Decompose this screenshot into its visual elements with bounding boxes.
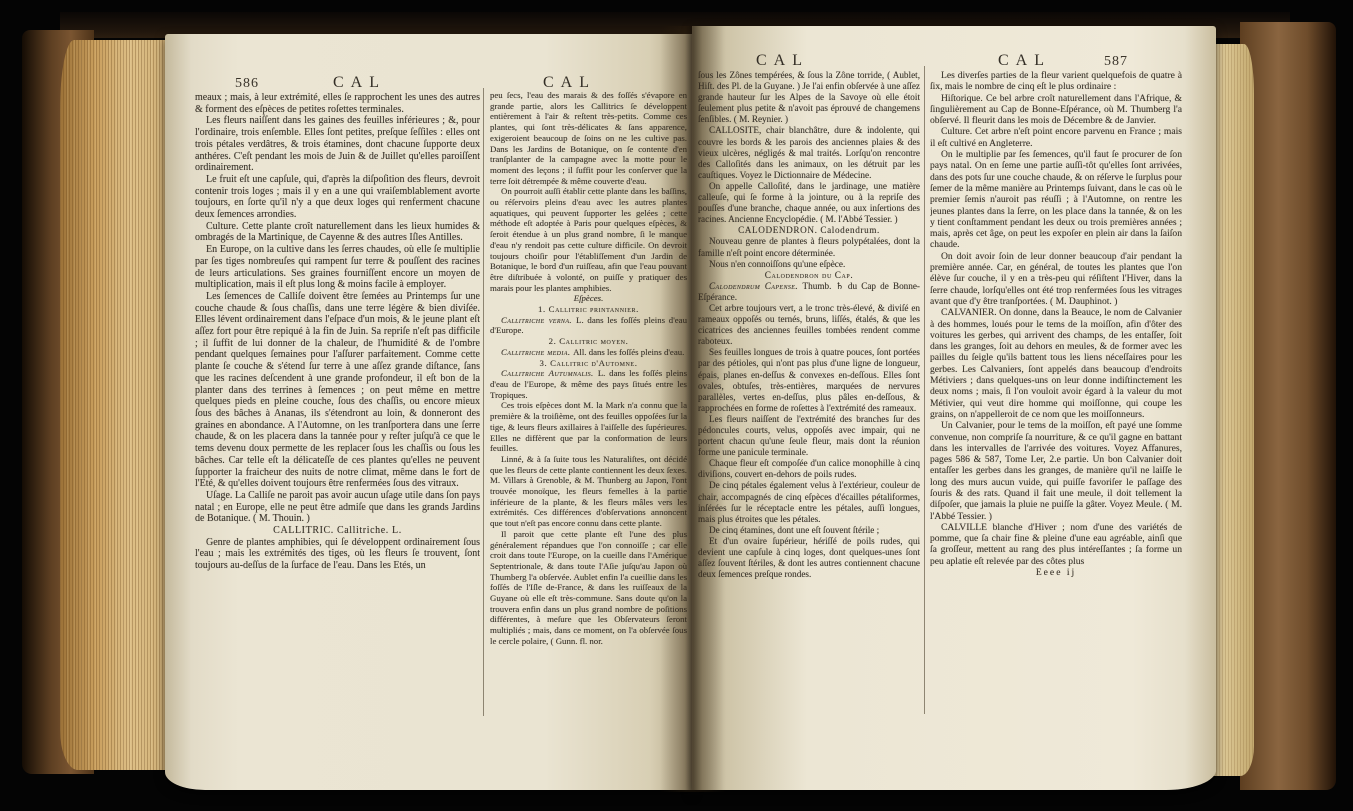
paragraph: CALVILLE blanche d'Hiver ; nom d'une des…: [930, 522, 1182, 567]
paragraph: Il paroit que cette plante eſt l'une des…: [490, 529, 687, 647]
species-entry: Calodendrum Capenſe. Thumb. ♄ du Cap de …: [698, 281, 920, 303]
paragraph: Culture. Cet arbre n'eſt point encore pa…: [930, 126, 1182, 149]
paragraph: Chaque fleur eſt compoſée d'un calice mo…: [698, 458, 920, 480]
text-column: ſous les Zônes tempérées, & ſous la Zône…: [698, 70, 920, 710]
paragraph: On appelle Calloſité, dans le jardinage,…: [698, 181, 920, 225]
book: 586 CAL CAL meaux ; mais, à leur extrémi…: [20, 4, 1336, 804]
species-latin-name: Callitriche media.: [501, 347, 573, 357]
paragraph: peu ſecs, l'eau des marais & des foſſés …: [490, 90, 687, 186]
entry-heading: Calodendron du Cap.: [698, 270, 920, 281]
paragraph: Linné, & à ſa ſuite tous les Naturaliſte…: [490, 454, 687, 529]
paragraph: Uſage. La Calliſe ne paroit pas avoir au…: [195, 490, 480, 525]
paragraph: De cinq pétales également velus à l'exté…: [698, 480, 920, 524]
paragraph: ſous les Zônes tempérées, & ſous la Zône…: [698, 70, 920, 125]
entry-heading: 1. Callitric printannier.: [490, 304, 687, 315]
species-entry: Callitriche verna. L. dans les foſſés pl…: [490, 315, 687, 336]
entry-heading: 3. Callitric d'Automne.: [490, 358, 687, 369]
signature-mark: Eeee ij: [930, 567, 1182, 578]
species-entry: Callitriche media. All. dans les foſſés …: [490, 347, 687, 358]
paragraph: On le multiplie par ſes ſemences, qu'il …: [930, 149, 1182, 251]
paragraph: Les diverſes parties de la fleur varient…: [930, 70, 1182, 93]
species-latin-name: Calodendrum Capenſe.: [709, 281, 803, 291]
paragraph: Un Calvanier, pour le tems de la moiſſon…: [930, 420, 1182, 522]
paragraph: Cet arbre toujours vert, a le tronc très…: [698, 303, 920, 347]
paragraph: Ces trois eſpèces dont M. la Mark n'a co…: [490, 400, 687, 454]
running-head: CAL: [756, 52, 809, 70]
column-rule: [924, 66, 925, 714]
right-page: CAL CAL 587 ſous les Zônes tempérées, & …: [692, 26, 1216, 790]
paragraph: Hiſtorique. Ce bel arbre croît naturelle…: [930, 93, 1182, 127]
leather-cover-right: [1240, 22, 1336, 790]
paragraph: Les fleurs naiſſent de l'extrémité des b…: [698, 414, 920, 458]
paragraph: Nouveau genre de plantes à fleurs polypé…: [698, 236, 920, 258]
paragraph: Et d'un ovaire ſupérieur, hériſſé de poi…: [698, 536, 920, 580]
entry-heading: CALODENDRON. Calodendrum.: [698, 225, 920, 236]
paragraph: Culture. Cette plante croît naturellemen…: [195, 221, 480, 244]
paragraph: CALVANIER. On donne, dans la Beauce, le …: [930, 307, 1182, 420]
paragraph: De cinq étamines, dont une eſt ſouvent ſ…: [698, 525, 920, 536]
paragraph: Genre de plantes amphibies, qui ſe dével…: [195, 537, 480, 572]
entry-heading: Eſpèces.: [490, 293, 687, 304]
paragraph: On pourroit auſſi établir cette plante d…: [490, 186, 687, 293]
column-rule: [483, 88, 484, 716]
paragraph: CALLOSITE, chair blanchâtre, dure & indo…: [698, 125, 920, 180]
text-column: meaux ; mais, à leur extrémité, elles ſe…: [195, 92, 480, 740]
paragraph: Nous n'en connoiſſons qu'une eſpèce.: [698, 259, 920, 270]
page-number: 586: [235, 76, 259, 92]
text-column: Les diverſes parties de la fleur varient…: [930, 70, 1182, 738]
species-latin-name: Callitriche verna.: [501, 315, 576, 325]
page-number: 587: [1104, 54, 1128, 70]
running-head: CAL: [998, 52, 1051, 70]
species-entry: Callitriche Autumnalis. L. dans les foſſ…: [490, 368, 687, 400]
photograph-of-open-book: 586 CAL CAL meaux ; mais, à leur extrémi…: [0, 0, 1353, 811]
running-head: CAL: [333, 74, 386, 92]
text-column: peu ſecs, l'eau des marais & des foſſés …: [490, 90, 687, 742]
paragraph: En Europe, on la cultive dans les ſerres…: [195, 244, 480, 291]
paragraph: meaux ; mais, à leur extrémité, elles ſe…: [195, 92, 480, 115]
paragraph: On doit avoir ſoin de leur donner beauco…: [930, 251, 1182, 307]
species-latin-name: Callitriche Autumnalis.: [501, 368, 598, 378]
paragraph: Ses feuilles longues de trois à quatre p…: [698, 347, 920, 414]
entry-heading: CALLITRIC. Callitriche. L.: [195, 525, 480, 537]
paragraph: Le fruit eſt une capſule, qui, d'après l…: [195, 174, 480, 221]
paragraph: Les ſemences de Calliſe doivent être ſem…: [195, 291, 480, 490]
paragraph: Les fleurs naiſſent dans les gaines des …: [195, 115, 480, 174]
entry-heading: 2. Callitric moyen.: [490, 336, 687, 347]
left-page: 586 CAL CAL meaux ; mais, à leur extrémi…: [165, 34, 692, 790]
